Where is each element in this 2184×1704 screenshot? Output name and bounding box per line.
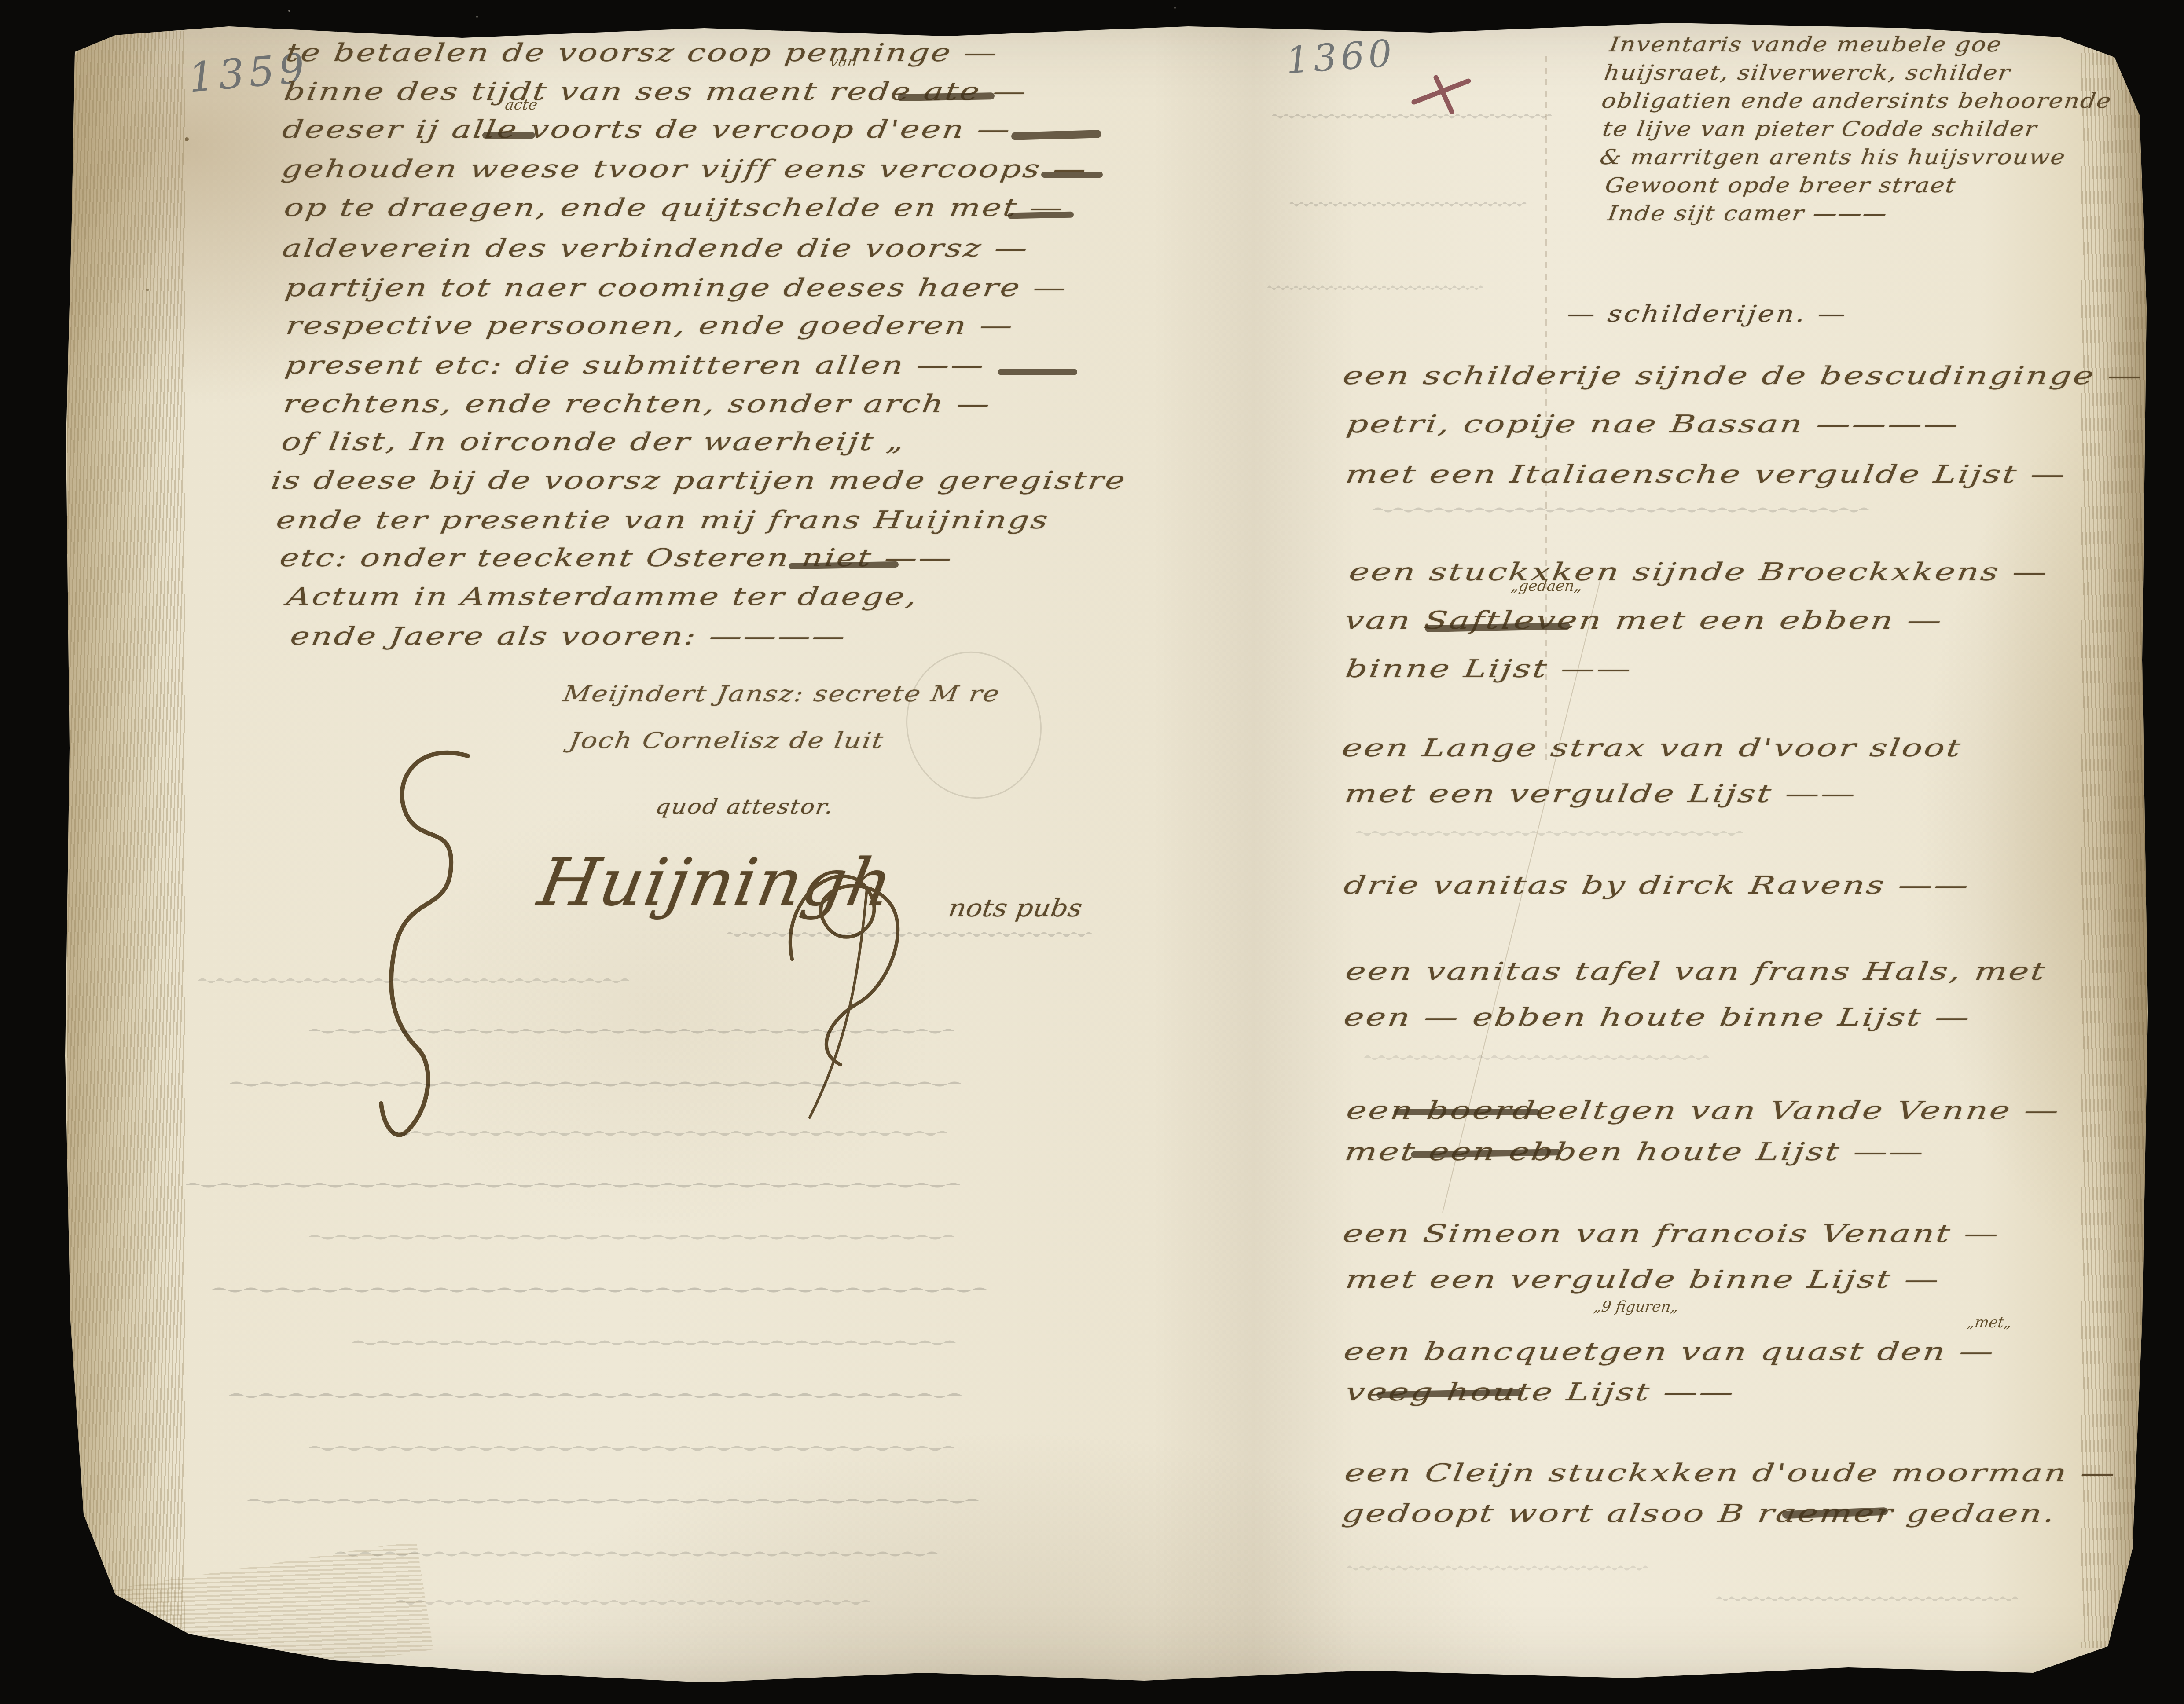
red-x-mark bbox=[1410, 74, 1472, 114]
bleedthrough-squiggle bbox=[185, 1179, 977, 1191]
strikethrough-mark bbox=[1008, 212, 1074, 219]
bleedthrough-squiggle bbox=[229, 1389, 977, 1402]
manuscript-line: ende ter presentie van mij frans Huijnin… bbox=[274, 506, 1051, 535]
margin-pencil-mark bbox=[14, 192, 36, 234]
inventory-item-line: petri, copije nae Bassan ———— bbox=[1344, 410, 1961, 439]
manuscript-line: respective persoonen, ende goederen — bbox=[284, 311, 1016, 340]
manuscript-line: aldeverein des verbindende die voorsz — bbox=[280, 234, 1031, 263]
bleedthrough-squiggle bbox=[387, 1127, 959, 1140]
closing-line: Joch Cornelisz de luit bbox=[567, 728, 886, 753]
manuscript-line: & marritgen arents his huijsvrouwe bbox=[1598, 145, 2067, 169]
gutter-shading bbox=[1153, 26, 1355, 1681]
book-spread: 1359 te betaelen de voorsz coop penninge… bbox=[0, 0, 2184, 1704]
manuscript-line: present etc: die submitteren allen —— bbox=[283, 351, 987, 380]
inventory-item-line: een bancquetgen van quast den — bbox=[1342, 1338, 1997, 1366]
signature-flourish-icon bbox=[364, 739, 479, 1153]
page-number-right: 1360 bbox=[1285, 31, 1397, 82]
strikethrough-mark bbox=[482, 132, 535, 139]
margin-pencil-mark bbox=[24, 975, 42, 1008]
bleedthrough-squiggle bbox=[1289, 198, 1531, 210]
attestation-line: quod attestor. bbox=[654, 795, 836, 818]
manuscript-line: deeser ij alle voorts de vercoop d'een — bbox=[280, 115, 1013, 144]
bleedthrough-squiggle bbox=[1364, 1052, 1716, 1064]
interlinear-insertion: van bbox=[829, 53, 858, 70]
bleedthrough-squiggle bbox=[246, 1495, 995, 1507]
dust-speck bbox=[288, 10, 290, 12]
inventory-item-line: een vanitas tafel van frans Hals, met bbox=[1343, 957, 2048, 986]
bleedthrough-squiggle bbox=[1716, 1593, 2024, 1605]
fore-edge-left bbox=[67, 31, 185, 1659]
bleedthrough-squiggle bbox=[308, 1442, 968, 1455]
dust-speck bbox=[476, 16, 478, 18]
ink-speck bbox=[185, 137, 189, 141]
manuscript-line: te betaelen de voorsz coop penninge — bbox=[284, 39, 1000, 67]
notary-signature-suffix: nots pubs bbox=[947, 894, 1084, 923]
bleedthrough-squiggle bbox=[1272, 110, 1558, 122]
interlinear-insertion: „met„ bbox=[1966, 1314, 2013, 1331]
margin-pencil-mark bbox=[28, 684, 42, 728]
manuscript-line: obligatien ende andersints behoorende bbox=[1600, 89, 2114, 113]
manuscript-line: Gewoont opde breer straet bbox=[1604, 173, 1958, 198]
bleedthrough-squiggle bbox=[334, 1548, 951, 1560]
bleedthrough-squiggle bbox=[1373, 504, 1879, 516]
inventory-item-line: met een Italiaensche vergulde Lijst — bbox=[1343, 460, 2068, 489]
bleedthrough-squiggle bbox=[352, 1337, 968, 1349]
manuscript-line: binne des tijdt van ses maent rede ate — bbox=[282, 77, 1029, 106]
interlinear-insertion: „9 figuren„ bbox=[1593, 1298, 1680, 1316]
manuscript-line: Inde sijt camer ——— bbox=[1606, 202, 1889, 226]
manuscript-line: Inventaris vande meubele goe bbox=[1608, 33, 2004, 57]
bleedthrough-squiggle bbox=[308, 1025, 968, 1037]
inventory-item-line: met een vergulde binne Lijst — bbox=[1343, 1265, 1942, 1294]
strikethrough-mark bbox=[1011, 130, 1101, 140]
bleedthrough-squiggle bbox=[1355, 827, 1751, 839]
manuscript-line: ende Jaere als vooren: ———— bbox=[288, 622, 848, 651]
manuscript-line: gehouden weese tvoor vijff eens vercoops… bbox=[279, 155, 1090, 183]
inventory-item-line: een — ebben houte binne Lijst — bbox=[1342, 1003, 1973, 1032]
bleedthrough-squiggle bbox=[396, 1596, 880, 1609]
inventory-item-line: een Lange strax van d'voor sloot bbox=[1340, 734, 1964, 762]
inventory-item-line: binne Lijst —— bbox=[1343, 655, 1634, 683]
manuscript-line: huijsraet, silverwerck, schilder bbox=[1603, 61, 2012, 85]
ink-speck bbox=[146, 289, 149, 291]
bleedthrough-squiggle bbox=[308, 1231, 968, 1243]
interlinear-insertion: „gedaen„ bbox=[1510, 577, 1583, 595]
interlinear-insertion: acte bbox=[504, 96, 539, 114]
inventory-item-line: met een vergulde Lijst —— bbox=[1343, 780, 1859, 808]
bleedthrough-squiggle bbox=[229, 1078, 977, 1090]
strikethrough-mark bbox=[998, 369, 1077, 375]
manuscript-line: of list, In oirconde der waerheijt „ bbox=[279, 428, 907, 456]
manuscript-line: te lijve van pieter Codde schilder bbox=[1601, 117, 2039, 141]
manuscript-scan-page: { "scan": { "description": "Two-page spr… bbox=[0, 0, 2184, 1704]
manuscript-line: is deese bij de voorsz partijen mede ger… bbox=[269, 466, 1128, 495]
inventory-item-line: een Cleijn stuckxken d'oude moorman — bbox=[1343, 1459, 2118, 1488]
bleedthrough-squiggle bbox=[1347, 1562, 1655, 1574]
pencil-trace bbox=[891, 637, 1057, 813]
strikethrough-mark bbox=[1394, 1109, 1539, 1115]
bleedthrough-squiggle bbox=[726, 928, 1100, 941]
manuscript-line: Actum in Amsterdamme ter daege, bbox=[285, 583, 920, 611]
bleedthrough-squiggle bbox=[211, 1284, 1003, 1296]
section-heading: — schilderijen. — bbox=[1566, 301, 1850, 327]
inventory-item-line: gedoopt wort alsoo B raemer gedaen. bbox=[1340, 1499, 2058, 1528]
dust-speck bbox=[1174, 7, 1176, 9]
manuscript-line: rechtens, ende rechten, sonder arch — bbox=[281, 390, 993, 418]
bleedthrough-squiggle bbox=[1267, 282, 1487, 294]
manuscript-line: op te draegen, ende quijtschelde en met … bbox=[282, 194, 1066, 222]
page-stack-edge-right bbox=[2081, 42, 2147, 1648]
manuscript-line: partijen tot naer coominge deeses haere … bbox=[283, 274, 1069, 302]
inventory-item-line: een schilderije sijnde de bescudinginge … bbox=[1341, 362, 2145, 390]
inventory-item-line: een Simeon van francois Venant — bbox=[1341, 1220, 2002, 1248]
strikethrough-mark bbox=[1041, 172, 1103, 178]
bleedthrough-squiggle bbox=[198, 975, 638, 987]
page-crease-line bbox=[1545, 52, 1547, 760]
inventory-item-line: drie vanitas by dirck Ravens —— bbox=[1342, 871, 1972, 900]
inventory-item-line: een stuckxken sijnde Broeckxkens — bbox=[1347, 558, 2050, 586]
